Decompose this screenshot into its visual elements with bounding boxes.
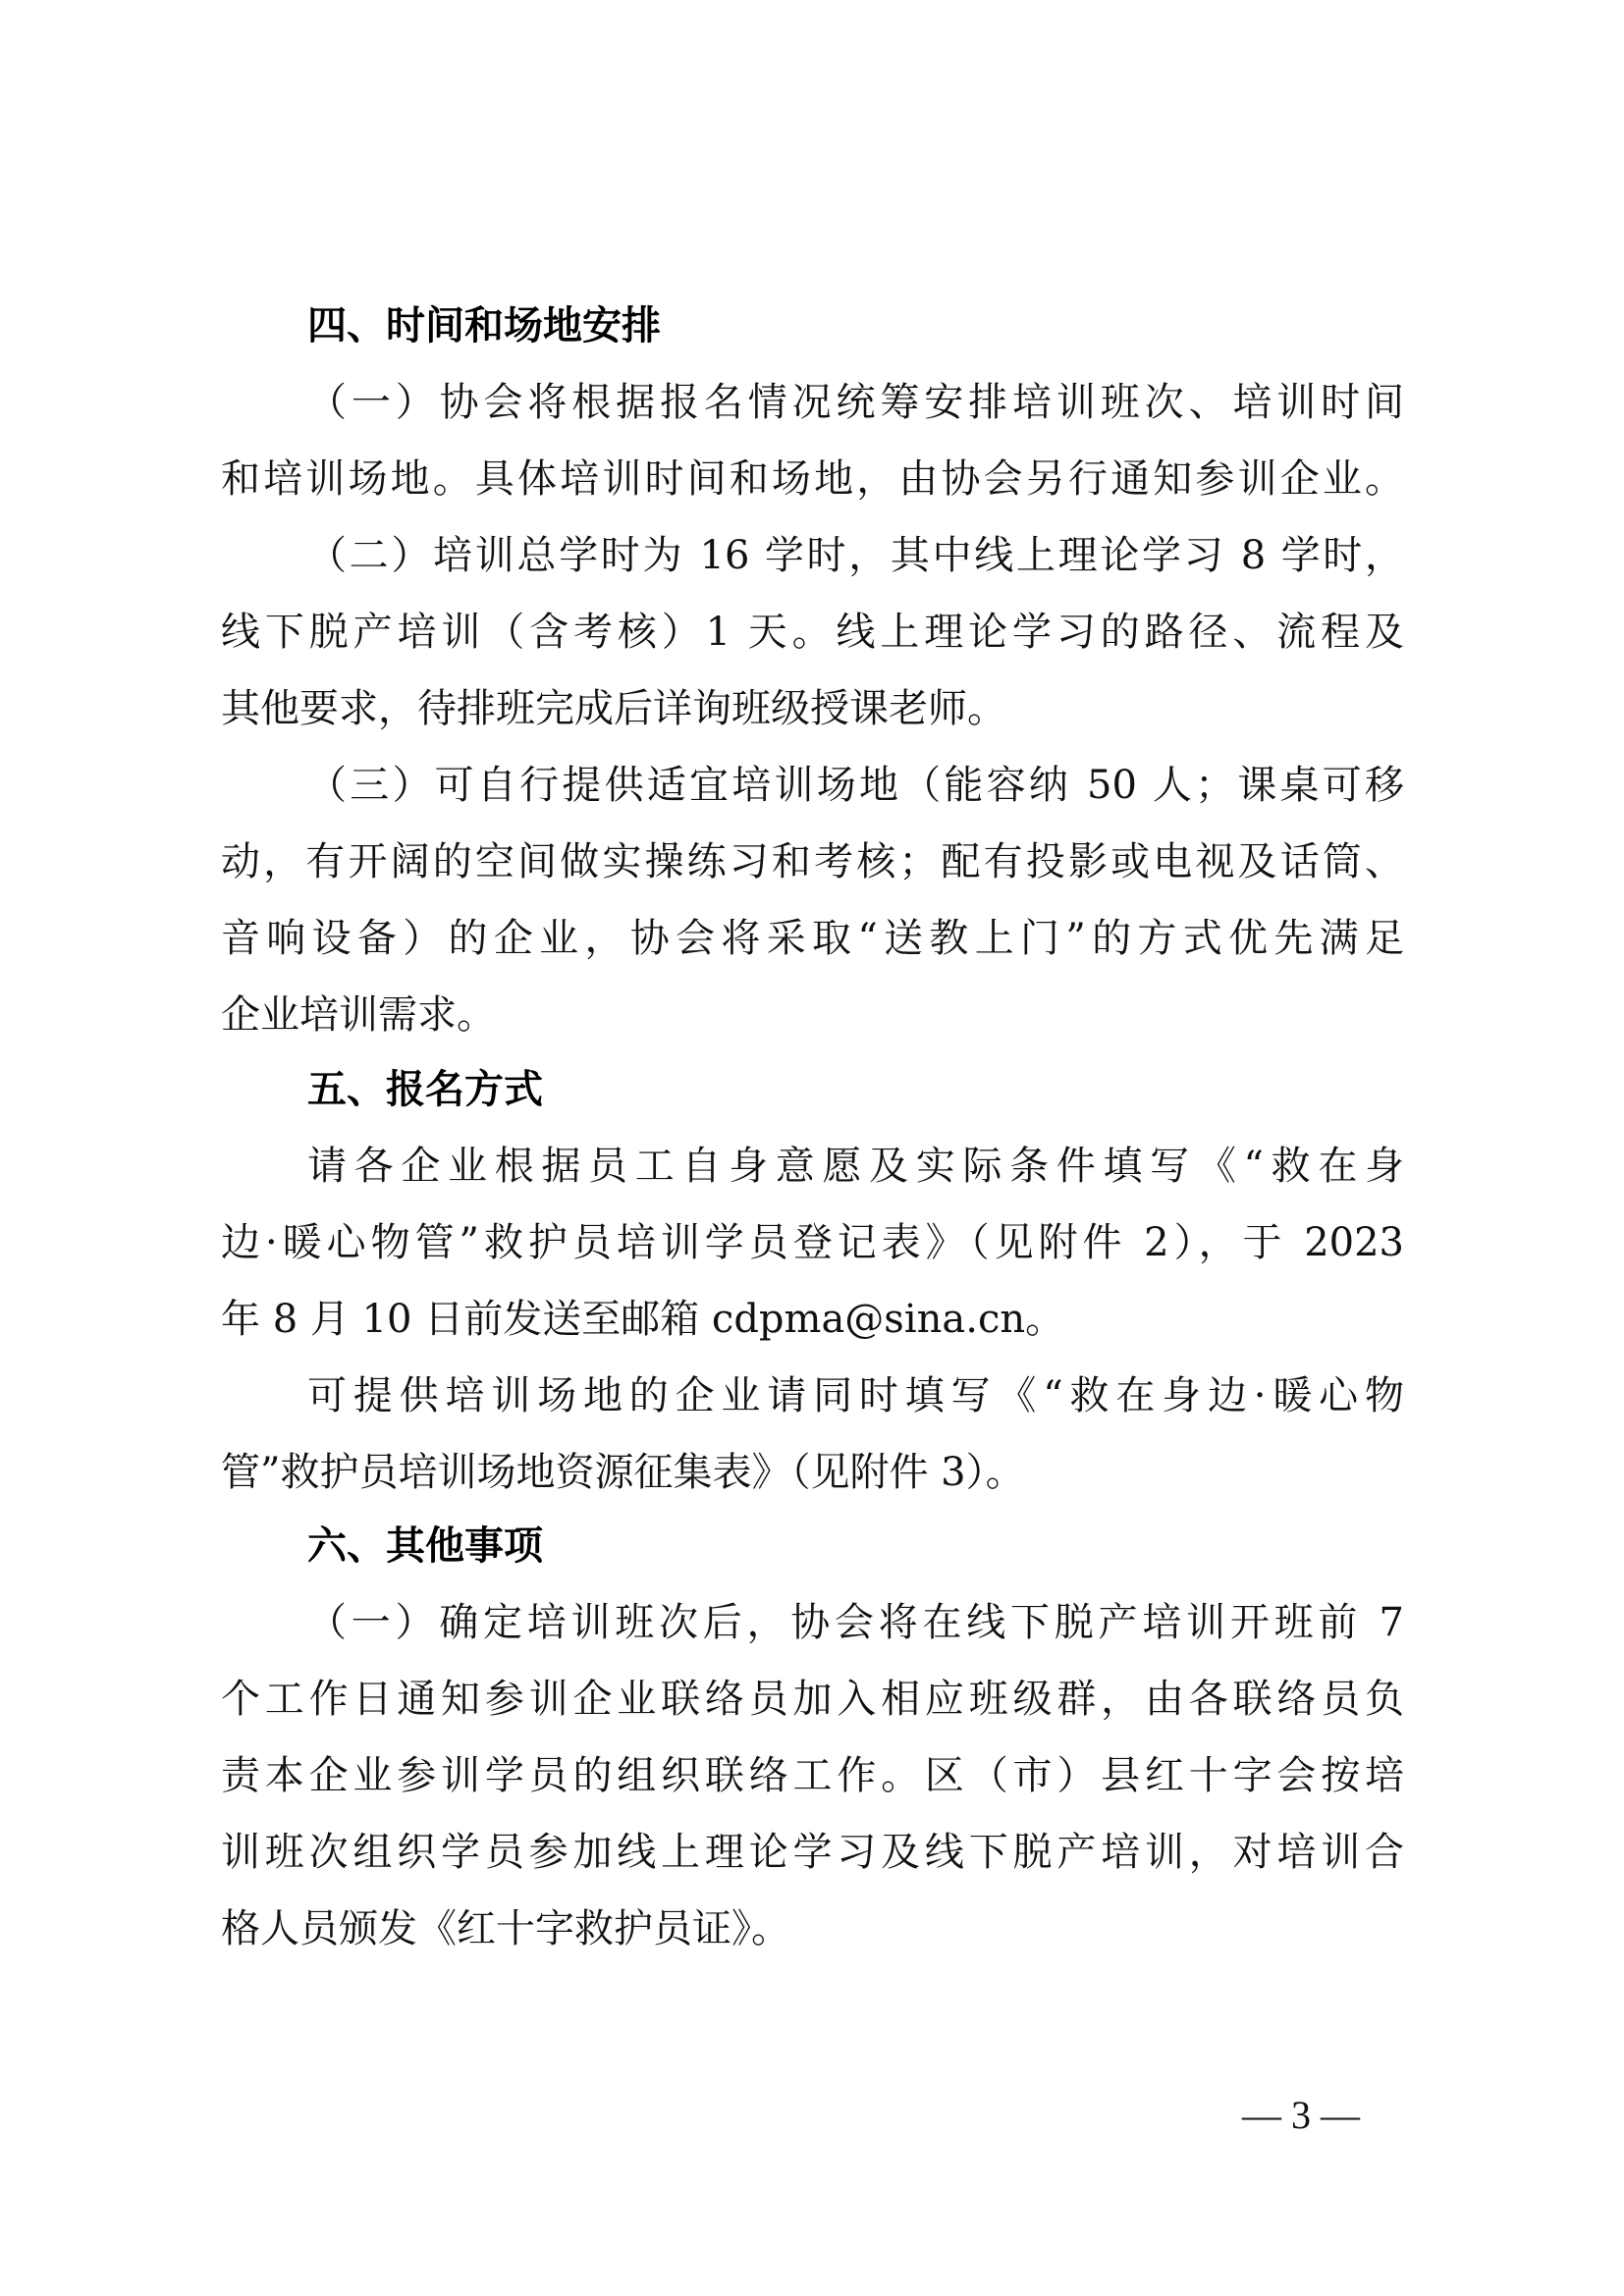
paragraph-line: 格人员颁发《红十字救护员证》。 [221,1899,1404,1958]
paragraph-line: 其他要求，待排班完成后详询班级授课老师。 [221,679,1404,738]
section-heading-registration: 五、报名方式 [307,1060,1404,1119]
section-heading-other-matters: 六、其他事项 [307,1517,1404,1575]
paragraph-line: 音响设备）的企业，协会将采取“送教上门”的方式优先满足 [221,909,1404,968]
paragraph-line: 请各企业根据员工自身意愿及实际条件填写《“救在身 [307,1137,1404,1196]
paragraph-line: （三）可自行提供适宜培训场地（能容纳 50 人；课桌可移 [307,756,1404,815]
document-page: 四、时间和场地安排 （一）协会将根据报名情况统筹安排培训班次、培训时间 和培训场… [0,0,1624,2296]
paragraph-line: 责本企业参训学员的组织联络工作。区（市）县红十字会按培 [221,1746,1404,1805]
paragraph-line: （二）培训总学时为 16 学时，其中线上理论学习 8 学时， [307,526,1404,585]
paragraph-line: （一）确定培训班次后，协会将在线下脱产培训开班前 7 [307,1593,1404,1652]
paragraph-line: 可提供培训场地的企业请同时填写《“救在身边·暖心物 [307,1366,1404,1425]
paragraph-line-email: 年 8 月 10 日前发送至邮箱 cdpma@sina.cn。 [221,1290,1404,1349]
section-heading-schedule: 四、时间和场地安排 [307,296,1404,355]
paragraph-line: 企业培训需求。 [221,986,1404,1044]
paragraph-line: 和培训场地。具体培训时间和场地，由协会另行通知参训企业。 [221,450,1404,508]
paragraph-line: 管”救护员培训场地资源征集表》（见附件 3）。 [221,1443,1404,1502]
paragraph-line: 边·暖心物管”救护员培训学员登记表》（见附件 2），于 2023 [221,1213,1404,1272]
paragraph-line: 个工作日通知参训企业联络员加入相应班级群，由各联络员负 [221,1670,1404,1729]
paragraph-line: 训班次组织学员参加线上理论学习及线下脱产培训，对培训合 [221,1823,1404,1882]
paragraph-line: 线下脱产培训（含考核）1 天。线上理论学习的路径、流程及 [221,603,1404,662]
paragraph-line: （一）协会将根据报名情况统筹安排培训班次、培训时间 [307,373,1404,432]
paragraph-line: 动，有开阔的空间做实操练习和考核；配有投影或电视及话筒、 [221,832,1404,891]
page-number: — 3 — [1227,2091,1375,2140]
